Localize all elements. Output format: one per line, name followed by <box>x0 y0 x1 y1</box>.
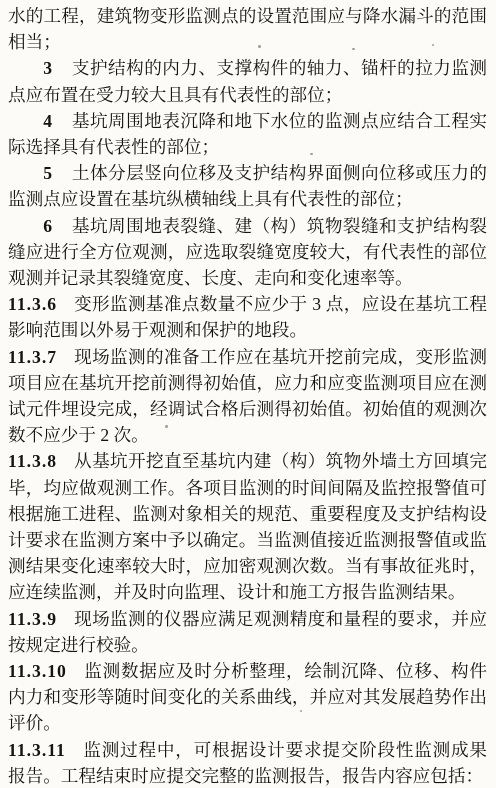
paragraph-text: 现场监测的仪器应满足观测精度和量程的要求，并应按规定进行校验。 <box>8 609 487 655</box>
clause-number: 11.3.11 <box>8 740 66 760</box>
scan-artifact <box>420 597 423 599</box>
clause-number: 11.3.8 <box>8 451 57 471</box>
paragraph-text: 现场监测的准备工作应在基坑开挖前完成，变形监测项目应在基坑开挖前测得初始值，应力… <box>8 347 487 446</box>
paragraph-text: 支护结构的内力、支撑构件的轴力、锚杆的拉力监测点应布置在受力较大且具有代表性的部… <box>8 58 487 104</box>
paragraph-text: 基坑周围地表裂缝、建（构）筑物裂缝和支护结构裂缝应进行全方位观测，应选取裂缝宽度… <box>8 216 487 288</box>
scan-artifact <box>310 153 313 155</box>
paragraph-continuation: 水的工程，建筑物变形监测点的设置范围应与降水漏斗的范围相当； <box>8 3 487 55</box>
item-number: 3 <box>43 58 53 78</box>
clause-number: 11.3.10 <box>8 661 67 681</box>
clause-number: 11.3.7 <box>8 347 57 367</box>
item-number: 6 <box>43 216 53 236</box>
paragraph-text: 从基坑开挖直至基坑内建（构）筑物外墙土方回填完毕，均应做观测工作。各项目监测的时… <box>8 451 487 602</box>
list-item-5: 5土体分层竖向位移及支护结构界面侧向位移或压力的监测点应设置在基坑纵横轴线上具有… <box>8 160 487 212</box>
clause-11-3-11: 11.3.11监测过程中，可根据设计要求提交阶段性监测成果报告。工程结束时应提交… <box>8 737 487 788</box>
list-item-6: 6基坑周围地表裂缝、建（构）筑物裂缝和支护结构裂缝应进行全方位观测，应选取裂缝宽… <box>8 213 487 292</box>
clause-11-3-9: 11.3.9现场监测的仪器应满足观测精度和量程的要求，并应按规定进行校验。 <box>8 606 487 658</box>
paragraph-text: 土体分层竖向位移及支护结构界面侧向位移或压力的监测点应设置在基坑纵横轴线上具有代… <box>8 163 487 209</box>
clause-11-3-8: 11.3.8从基坑开挖直至基坑内建（构）筑物外墙土方回填完毕，均应做观测工作。各… <box>8 448 487 605</box>
scan-artifact <box>352 48 355 50</box>
clause-number: 11.3.6 <box>8 294 57 314</box>
clause-11-3-6: 11.3.6变形监测基准点数量不应少于 3 点，应设在基坑工程影响范围以外易于观… <box>8 291 487 343</box>
clause-11-3-7: 11.3.7现场监测的准备工作应在基坑开挖前完成，变形监测项目应在基坑开挖前测得… <box>8 344 487 449</box>
scan-artifact <box>300 710 302 712</box>
scan-artifact <box>258 45 261 48</box>
scan-artifact <box>432 44 434 46</box>
clause-number: 11.3.9 <box>8 609 57 629</box>
paragraph-text: 水的工程，建筑物变形监测点的设置范围应与降水漏斗的范围相当； <box>8 6 487 52</box>
scan-artifact <box>165 425 168 428</box>
document-page: 水的工程，建筑物变形监测点的设置范围应与降水漏斗的范围相当； 3支护结构的内力、… <box>0 0 496 788</box>
paragraph-text: 监测数据应及时分析整理，绘制沉降、位移、构件内力和变形等随时间变化的关系曲线，并… <box>8 661 487 733</box>
item-number: 4 <box>43 111 53 131</box>
list-item-4: 4基坑周围地表沉降和地下水位的监测点应结合工程实际选择具有代表性的部位； <box>8 108 487 160</box>
paragraph-text: 基坑周围地表沉降和地下水位的监测点应结合工程实际选择具有代表性的部位； <box>8 111 487 157</box>
list-item-3: 3支护结构的内力、支撑构件的轴力、锚杆的拉力监测点应布置在受力较大且具有代表性的… <box>8 55 487 107</box>
paragraph-text: 变形监测基准点数量不应少于 3 点，应设在基坑工程影响范围以外易于观测和保护的地… <box>8 294 487 340</box>
clause-11-3-10: 11.3.10监测数据应及时分析整理，绘制沉降、位移、构件内力和变形等随时间变化… <box>8 658 487 737</box>
scan-artifact <box>214 97 217 99</box>
paragraph-text: 监测过程中，可根据设计要求提交阶段性监测成果报告。工程结束时应提交完整的监测报告… <box>8 740 487 786</box>
item-number: 5 <box>43 163 53 183</box>
